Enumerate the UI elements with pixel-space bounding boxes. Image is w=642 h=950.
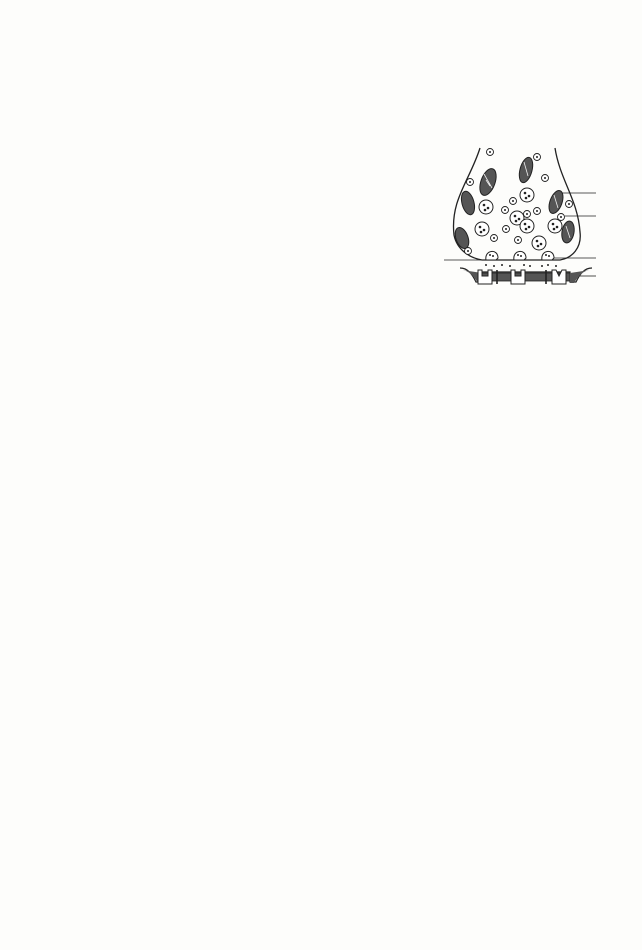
synapse-diagram [420, 140, 620, 300]
synapse-illustration [420, 140, 620, 300]
